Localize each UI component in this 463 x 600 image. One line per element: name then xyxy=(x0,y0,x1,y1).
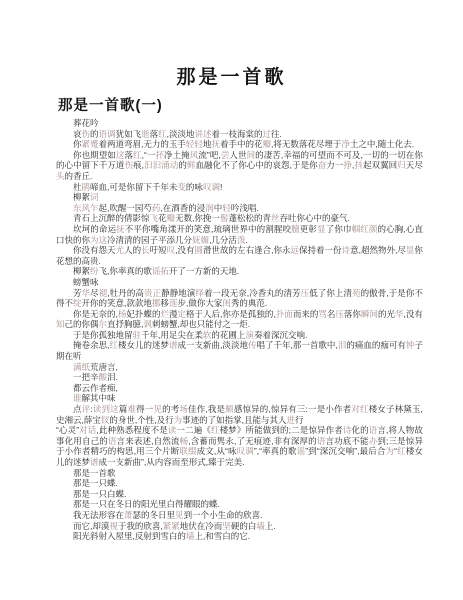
text-segment: 格于人后,你亦是孤独的, xyxy=(186,309,276,319)
highlighted-text-segment: 汩汩涌动 xyxy=(144,160,178,170)
highlighted-text-segment: 瞬间 xyxy=(361,309,378,319)
section-title: 那是一首歌(一) xyxy=(58,94,463,115)
text-segment: 落 xyxy=(150,129,159,139)
paragraph: 哀伤的语调犹如飞逝落红,淡淡地讲述着一枝海棠的过往. xyxy=(56,129,423,140)
highlighted-text-segment: 读到这 xyxy=(93,404,119,414)
highlighted-text-segment: 为这 xyxy=(90,235,107,245)
text-segment: 你没有怨天 xyxy=(73,245,116,255)
text-segment: ,在酒香的浸 xyxy=(160,203,205,213)
text-segment: 的光 xyxy=(378,309,395,319)
text-segment: 开了一方新的天地. xyxy=(169,266,239,276)
text-segment: 地伏在冷而 xyxy=(180,521,223,531)
paragraph: 柳絮词 xyxy=(56,192,423,203)
text-segment: 人的 xyxy=(124,245,141,255)
highlighted-text-segment: 讽 xyxy=(143,319,152,329)
text-segment: 起双翼回 xyxy=(363,160,397,170)
text-segment: 着一段无奈,冷香丸的清芳 xyxy=(204,288,301,298)
text-segment: 移 xyxy=(160,298,169,308)
highlighted-text-segment: 尤 xyxy=(116,245,125,255)
paragraph: 我无法形容在萧瑟的冬日里见到一个小生命的欣喜. xyxy=(56,510,423,521)
highlighted-text-segment: 过 xyxy=(263,129,272,139)
text-segment: ,此种熟悉程度不是 xyxy=(96,425,167,435)
text-segment: 着一枝海棠的 xyxy=(212,129,263,139)
text-segment: 柳絮 xyxy=(73,266,90,276)
highlighted-text-segment: 头 xyxy=(56,171,65,181)
highlighted-text-segment: 叹调 xyxy=(237,446,254,456)
text-segment: 的痛血的痂可有 xyxy=(346,340,406,350)
text-segment: 的考 xyxy=(162,404,179,414)
paragraph: 你没有怨天尤人的长吁短叹,没有圆滑世故的左右逢合,你永远保持着一份诗意,超然物外… xyxy=(56,245,423,266)
text-segment: ,没有 xyxy=(403,309,422,319)
text-segment: 力一 xyxy=(326,160,343,170)
text-segment: 落 xyxy=(124,150,133,160)
text-segment: ,将无数落花尽埋于 xyxy=(271,139,341,149)
highlighted-text-segment: 苑 xyxy=(352,288,361,298)
highlighted-text-segment: 抚 xyxy=(116,224,125,234)
highlighted-text-segment: 语调 xyxy=(99,129,116,139)
paragraph: 柳絮纷飞,你率真的歌谣拓开了一方新的天地. xyxy=(56,266,423,277)
text-segment: 荒唐言, xyxy=(90,362,118,372)
text-segment: 的花圃上 xyxy=(211,330,245,340)
page-title: 那是一首歌 xyxy=(0,62,463,89)
highlighted-text-segment: 绽 xyxy=(73,298,82,308)
text-segment: 事迹的了如指掌,且能与其人 xyxy=(182,415,286,425)
paragraph: 芳华尽褪,牡丹的高贵正静静地演绎着一段无奈,冷香丸的清芳压低了你上清苑的傲骨,于… xyxy=(56,288,423,309)
highlighted-text-segment: 为 xyxy=(174,415,183,425)
highlighted-text-segment: 场 xyxy=(179,404,188,414)
text-segment: 滑世故的左右逢合,你永 xyxy=(203,245,290,255)
text-segment: 步,做你大家 xyxy=(177,298,222,308)
highlighted-text-segment: 圆 xyxy=(195,245,204,255)
text-segment: 葬花吟 xyxy=(73,118,99,128)
paragraph: 一把辛酸泪. xyxy=(56,372,423,383)
text-segment: 土之中,随土化去. xyxy=(350,139,414,149)
text-segment: “心灵” xyxy=(56,425,79,435)
highlighted-text-segment: 诗 xyxy=(343,425,352,435)
highlighted-text-segment: 伤 xyxy=(82,129,91,139)
paragraph: “心灵”对话,此种熟悉程度不是读一二遍《红楼梦》所能做到的;二是惊异作者诗化的语… xyxy=(56,425,423,467)
highlighted-text-segment: 净 xyxy=(341,139,350,149)
text-segment: 于我的欣喜, xyxy=(118,521,163,531)
paragraph: 于是你孤独地留驻千年,用足尖在柔软的花圃上演奏着深沉交响. xyxy=(56,330,423,341)
highlighted-text-segment: 红 xyxy=(133,150,142,160)
paragraph: 葬花吟 xyxy=(56,118,423,129)
text-segment: 得一 xyxy=(136,404,153,414)
text-segment: 吁短 xyxy=(150,245,167,255)
text-segment: 起,吹醒一园芍 xyxy=(99,203,152,213)
highlighted-text-segment: 妩媚 xyxy=(192,235,209,245)
paragraph: 阳光斜射入屋里,反射到雪白的墙上,和雪白的它. xyxy=(56,531,423,542)
body-text: 葬花吟哀伤的语调犹如飞逝落红,淡淡地讲述着一枝海棠的过往.你紧蹙着两道弯眉,无力… xyxy=(56,118,423,542)
highlighted-text-segment: 红 xyxy=(397,446,406,456)
text-segment: 成一支新曲,淡淡地 xyxy=(178,340,248,350)
highlighted-text-segment: 瓣 xyxy=(262,139,271,149)
text-segment: 柳絮 xyxy=(73,192,90,202)
text-segment: 点 xyxy=(73,404,82,414)
highlighted-text-segment: 视 xyxy=(109,521,118,531)
text-segment: 痕, xyxy=(133,160,144,170)
text-segment: 的咏 xyxy=(186,182,203,192)
text-segment: 那是一只白蝶. xyxy=(73,489,126,499)
text-segment: 静静地演 xyxy=(161,288,195,298)
text-segment: 尽 xyxy=(90,288,99,298)
highlighted-text-segment: 飞 xyxy=(150,213,159,223)
highlighted-text-segment: 华 xyxy=(82,288,91,298)
text-segment: 的香丘. xyxy=(65,171,93,181)
text-segment: 行 xyxy=(295,415,304,425)
highlighted-text-segment: 膻 xyxy=(291,224,300,234)
highlighted-text-segment: 贵正 xyxy=(144,288,161,298)
text-segment: 那是一首歌 xyxy=(73,468,116,478)
document-page: 那是一首歌 那是一首歌(一) 葬花吟哀伤的语调犹如飞逝落红,淡淡地讲述着一枝海棠… xyxy=(0,0,463,600)
text-segment: 解其中味 xyxy=(82,393,116,403)
text-segment: 你是无奈的, xyxy=(73,309,118,319)
highlighted-text-segment: 谱 xyxy=(90,457,99,467)
text-segment: 阳光斜射入屋里,反射到雪白的 xyxy=(73,531,186,541)
text-segment: 你 xyxy=(73,139,82,149)
highlighted-text-segment: 对红 xyxy=(351,404,368,414)
highlighted-text-segment: 读 xyxy=(168,425,177,435)
text-segment: 着手中的花 xyxy=(220,139,263,149)
text-segment: 己的你偶 xyxy=(65,319,99,329)
highlighted-text-segment: 骂 xyxy=(318,309,327,319)
paragraph: 东风乍起,吹醒一园芍药,在酒香的浸润中轻吟浅唱. xyxy=(56,203,423,214)
text-segment: 千年,用足尖在柔 xyxy=(141,330,203,340)
text-segment: 一二遍《 xyxy=(177,425,212,435)
highlighted-text-segment: 压 xyxy=(301,288,310,298)
text-segment: 流”吧, xyxy=(198,150,220,160)
text-segment: ,没有 xyxy=(175,245,194,255)
highlighted-text-segment: 轻轻 xyxy=(186,139,203,149)
text-segment: 言来表述,自然流 xyxy=(117,436,180,446)
highlighted-text-segment: 叹调 xyxy=(203,182,220,192)
paragraph: 谁解其中味 xyxy=(56,393,423,404)
highlighted-text-segment: 逝 xyxy=(141,129,150,139)
highlighted-text-segment: 难 xyxy=(127,404,136,414)
text-segment: ”到“深沉交响”,最后合 xyxy=(305,446,385,456)
text-segment: 意,超然物外,尽 xyxy=(350,245,406,255)
text-segment: 开你的笑意,款款地 xyxy=(82,298,152,308)
text-segment: ,几分活 xyxy=(209,235,237,245)
highlighted-text-segment: 瓣 xyxy=(167,213,176,223)
paragraph: 坎坷的命运抚不平你嘴角漾开的笑意,琉璃世界中的割腥咬膻更彰显了你巾帼红颜的心胸,… xyxy=(56,224,423,245)
text-segment: 唱了千年,那一首歌中, xyxy=(256,340,337,350)
text-segment: 更彰 xyxy=(300,224,317,234)
paragraph: 而它,却漠视于我的欣喜,紧紧地伏在冷而坚硬的白墙上. xyxy=(56,521,423,532)
highlighted-text-segment: 为 xyxy=(386,446,395,456)
text-segment: 都云作者痴, xyxy=(73,383,118,393)
highlighted-text-segment: 绎 xyxy=(195,288,204,298)
paragraph: 杜鹃啼血,可是你留下千年未变的咏叹调! xyxy=(56,182,423,193)
highlighted-text-segment: 长 xyxy=(141,245,150,255)
text-segment: ,淡淡地 xyxy=(167,129,195,139)
highlighted-text-segment: 叹 xyxy=(167,245,176,255)
highlighted-text-segment: 诗 xyxy=(342,245,351,255)
text-segment: 人世 xyxy=(229,150,246,160)
highlighted-text-segment: 评 xyxy=(82,404,91,414)
highlighted-text-segment: 酸 xyxy=(99,372,108,382)
paragraph: 那是一首歌 xyxy=(56,468,423,479)
paragraph: 掩卷余思,红楼女儿的迷梦谱成一支新曲,淡淡地传唱了千年,那一首歌中,泪的痛血的痂… xyxy=(56,340,423,361)
highlighted-text-segment: 变 xyxy=(177,182,186,192)
text-segment: . xyxy=(245,235,247,245)
highlighted-text-segment: 见 xyxy=(153,404,162,414)
paragraph: 青石上沉醉的倩影惊飞花瓣无数,你挽一髻蓬松松的青丝吞吐你心中的豪气. xyxy=(56,213,423,224)
text-segment: 掩卷余思, xyxy=(73,340,109,350)
text-segment: 楼女儿的迷梦 xyxy=(118,340,169,350)
text-segment: 杜 xyxy=(73,182,82,192)
highlighted-text-segment: 谁 xyxy=(73,393,82,403)
text-segment: ”,“率真的歌 xyxy=(254,446,297,456)
highlighted-text-segment: 帼红颜 xyxy=(352,224,378,234)
text-segment: 上. xyxy=(265,521,276,531)
text-segment: ! xyxy=(220,182,222,192)
highlighted-text-segment: 词 xyxy=(90,192,99,202)
highlighted-text-segment: 知 xyxy=(56,319,65,329)
highlighted-text-segment: 谣 xyxy=(297,446,306,456)
highlighted-text-segment: 萧 xyxy=(124,510,133,520)
highlighted-text-segment: 谱 xyxy=(169,340,178,350)
highlighted-text-segment: 显 xyxy=(317,224,326,234)
text-segment: 你也期望如 xyxy=(73,150,116,160)
highlighted-text-segment: 坚 xyxy=(222,521,231,531)
text-segment: 坎坷的命运 xyxy=(73,224,116,234)
highlighted-text-segment: 抖 xyxy=(354,160,363,170)
text-segment: 而它,却漠 xyxy=(73,521,109,531)
text-segment: 着两道弯眉,无力的玉手 xyxy=(99,139,186,149)
text-segment: 不平你嘴角漾开的笑意,琉璃世界中的割腥咬 xyxy=(125,224,291,234)
highlighted-text-segment: 奋 xyxy=(318,160,327,170)
text-segment: 飞,你率真的歌 xyxy=(99,266,152,276)
highlighted-text-segment: 红 xyxy=(158,129,167,139)
highlighted-text-segment: 谣拓 xyxy=(152,266,169,276)
highlighted-text-segment: 鹃 xyxy=(82,182,91,192)
text-segment: 净土掩 xyxy=(164,150,190,160)
text-segment: 的 xyxy=(178,160,187,170)
highlighted-text-segment: 压 xyxy=(335,309,344,319)
text-segment: 落你 xyxy=(344,309,361,319)
text-segment: 我无法形容在 xyxy=(73,510,124,520)
text-segment: 天尽 xyxy=(406,160,423,170)
highlighted-text-segment: 抔 xyxy=(155,150,164,160)
paragraph: 你也期望如这落红,“一抔净土掩风流”吧,尝人世间的凄苦,幸福的可望而不可及,一切… xyxy=(56,150,423,182)
highlighted-text-segment: 颇 xyxy=(225,404,234,414)
text-segment: 花 xyxy=(158,213,167,223)
highlighted-text-segment: 畅 xyxy=(180,436,189,446)
text-segment: 而来的 xyxy=(293,309,319,319)
text-segment: 冷清清的园子平添几分 xyxy=(107,235,192,245)
highlighted-text-segment: 联缀 xyxy=(179,446,196,456)
highlighted-text-segment: 满纸 xyxy=(73,362,90,372)
text-segment: 言功底不能 xyxy=(325,436,368,446)
highlighted-text-segment: 间 xyxy=(247,150,256,160)
highlighted-text-segment: 伤 xyxy=(125,160,134,170)
highlighted-text-segment: 语 xyxy=(108,436,117,446)
text-segment: 螃蟹咏 xyxy=(73,277,99,287)
highlighted-text-segment: 烂 xyxy=(160,309,169,319)
text-segment: 血融化不了你心中的哀怨,于是你 xyxy=(195,160,317,170)
text-segment: 上,和雪白的它. xyxy=(194,531,250,541)
text-segment: 秀的典范. xyxy=(231,298,267,308)
text-segment: 感惊异的,惊异有三:一是小作者 xyxy=(234,404,351,414)
highlighted-text-segment: 远 xyxy=(290,245,299,255)
highlighted-text-segment: 对话 xyxy=(79,425,96,435)
highlighted-text-segment: 尔 xyxy=(99,319,108,329)
paragraph: 满纸荒唐言, xyxy=(56,362,423,373)
highlighted-text-segment: 润 xyxy=(205,203,214,213)
text-segment: 成一支新曲”,从内容而至形式,臻于完美. xyxy=(99,457,245,467)
paragraph: 都云作者痴, xyxy=(56,383,423,394)
text-segment: 一把辛 xyxy=(73,372,99,382)
paragraph: 你是无奈的,杨妃扑蝶的烂漫定格于人后,你亦是孤独的,扑面而来的骂名压落你瞬间的光… xyxy=(56,309,423,330)
highlighted-text-segment: 见 xyxy=(175,510,184,520)
highlighted-text-segment: 东风乍 xyxy=(73,203,99,213)
highlighted-text-segment: 进 xyxy=(287,415,296,425)
text-segment: 直抒胸臆, xyxy=(107,319,143,329)
text-segment: 楼梦》所能做到的;二是惊异作者 xyxy=(220,425,343,435)
text-segment: 往. xyxy=(271,129,282,139)
text-segment: 于是你孤独地留 xyxy=(73,330,133,340)
text-segment: ,含蓄而隽永,了无痕迹,非有深厚的 xyxy=(188,436,317,446)
highlighted-text-segment: 紧紧 xyxy=(163,521,180,531)
highlighted-text-segment: 讲述 xyxy=(195,129,212,139)
highlighted-text-segment: 归 xyxy=(397,160,406,170)
highlighted-text-segment: 轻 xyxy=(222,203,231,213)
text-segment: 佳作,我是 xyxy=(188,404,225,414)
text-segment: 刺螃蟹,却也只能付之一炬. xyxy=(152,319,250,329)
paragraph: 点评:读到这篇难得一见的考场佳作,我是颇感惊异的,惊异有三:一是小作者对红楼女子… xyxy=(56,404,423,425)
highlighted-text-segment: 闺 xyxy=(222,298,231,308)
text-segment: 吞吐你心中的豪气. xyxy=(279,213,349,223)
text-segment: 那是一只在冬日的阳光里白得耀眼的蝶. xyxy=(73,499,220,509)
text-segment: ,“一 xyxy=(142,150,156,160)
text-segment: 瑟的冬日里 xyxy=(133,510,176,520)
text-segment: 保持着一份 xyxy=(299,245,342,255)
text-segment: 成文,从“咏 xyxy=(197,446,237,456)
highlighted-text-segment: 红 xyxy=(109,340,118,350)
paragraph: 那是一只白蝶. xyxy=(56,489,423,500)
highlighted-text-segment: 演 xyxy=(245,330,254,340)
text-segment: 硬的白 xyxy=(231,521,257,531)
highlighted-text-segment: 定 xyxy=(177,309,186,319)
text-segment: 奏着深沉交响. xyxy=(254,330,307,340)
highlighted-text-segment: 抚 xyxy=(211,139,220,149)
text-segment: 低了你上清 xyxy=(309,288,352,298)
text-segment: ,牡丹的高 xyxy=(107,288,144,298)
highlighted-text-segment: 紧蹙 xyxy=(82,139,99,149)
text-segment: 化的 xyxy=(352,425,369,435)
text-segment: 那是一只蝶. xyxy=(73,478,118,488)
paragraph: 那是一只蝶. xyxy=(56,478,423,489)
text-segment: 芳 xyxy=(73,288,82,298)
text-segment: 妃扑蝶的 xyxy=(126,309,160,319)
text-segment: 无数,你挽一 xyxy=(175,213,220,223)
paragraph: 螃蟹咏 xyxy=(56,277,423,288)
paragraph: 那是一只在冬日的阳光里白得耀眼的蝶. xyxy=(56,499,423,510)
highlighted-text-segment: 纷 xyxy=(90,266,99,276)
text-segment: 到一个小生命的欣喜. xyxy=(184,510,263,520)
text-segment: 的 xyxy=(90,129,99,139)
text-segment: 蓬松松的青 xyxy=(228,213,271,223)
highlighted-text-segment: 挣 xyxy=(343,160,352,170)
text-segment: 的身世,个性,及行 xyxy=(109,415,173,425)
text-segment: 啼血,可是你留下千年未 xyxy=(90,182,177,192)
text-segment: 犹如飞 xyxy=(116,129,142,139)
text-segment: 泪. xyxy=(107,372,118,382)
highlighted-text-segment: 扑面 xyxy=(276,309,293,319)
highlighted-text-segment: 墙 xyxy=(256,521,265,531)
text-segment: 哀 xyxy=(73,129,82,139)
text-segment: 了你巾 xyxy=(326,224,352,234)
highlighted-text-segment: 驻 xyxy=(133,330,142,340)
highlighted-text-segment: 红 xyxy=(211,425,220,435)
text-segment: 吟浅唱. xyxy=(231,203,259,213)
paragraph: 你紧蹙着两道弯眉,无力的玉手轻轻地抚着手中的花瓣,将无数落花尽埋于净土之中,随土… xyxy=(56,139,423,150)
text-segment: 青石上沉醉的倩影惊 xyxy=(73,213,150,223)
